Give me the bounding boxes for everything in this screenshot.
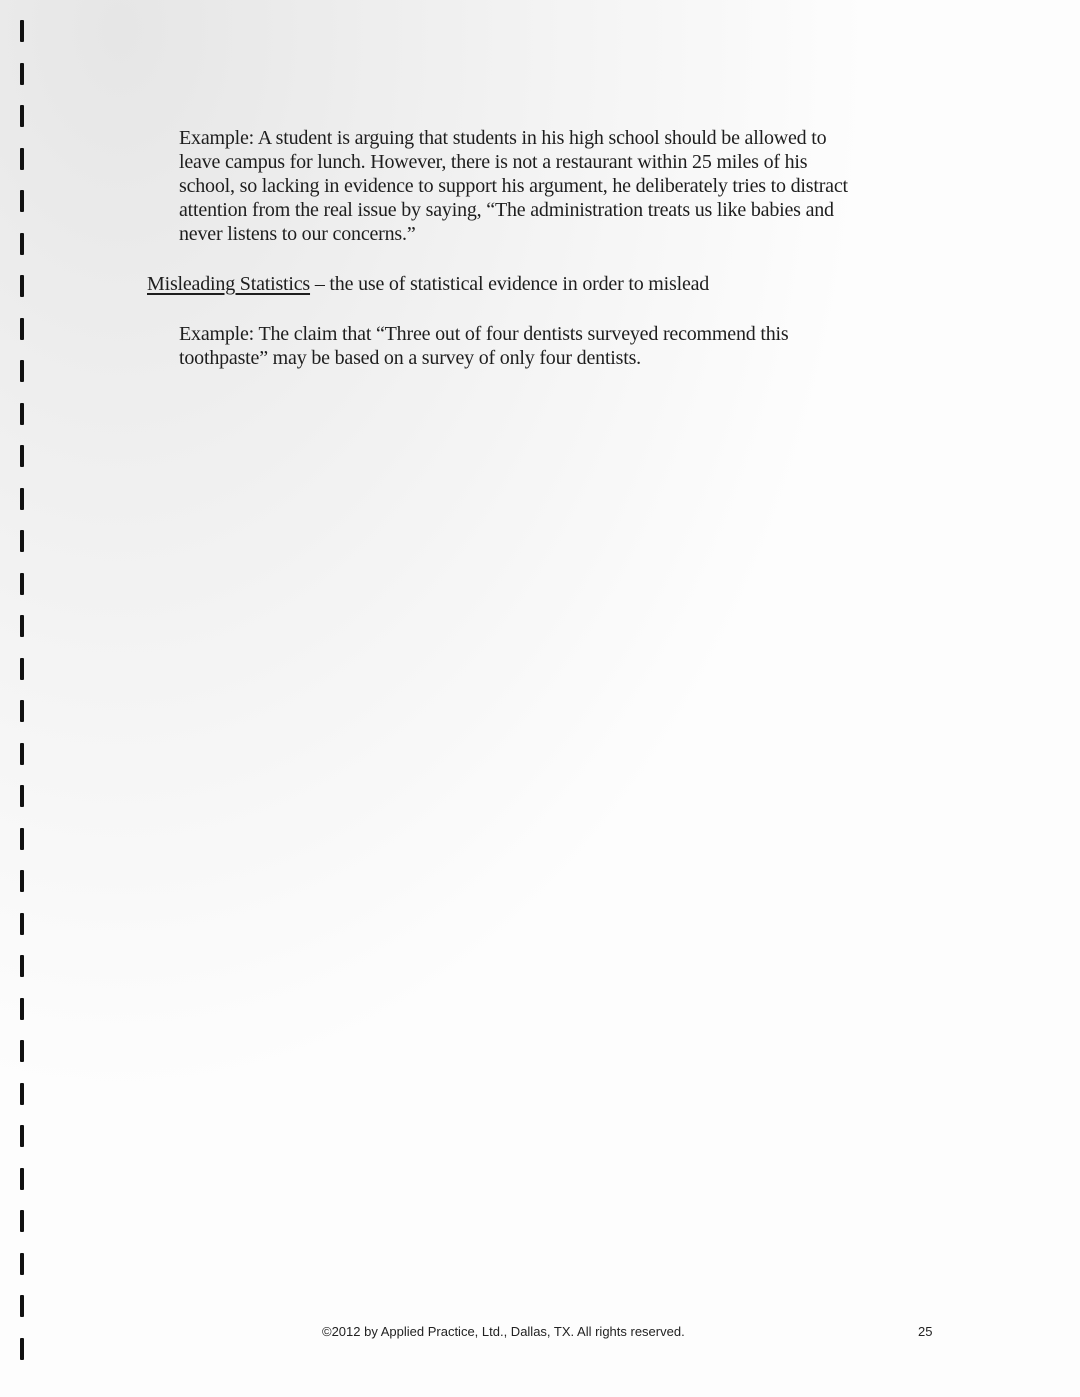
example-line: leave campus for lunch. However, there i…: [179, 150, 909, 174]
example-line: toothpaste” may be based on a survey of …: [179, 346, 909, 370]
definition-term: Misleading Statistics: [147, 273, 310, 295]
binding-mark: [20, 870, 24, 892]
binding-mark: [20, 190, 24, 212]
binding-mark: [20, 785, 24, 807]
binding-mark: [20, 403, 24, 425]
page-number: 25: [918, 1324, 932, 1339]
binding-mark: [20, 828, 24, 850]
binding-mark: [20, 1295, 24, 1317]
binding-mark: [20, 360, 24, 382]
binding-mark: [20, 998, 24, 1020]
binding-mark: [20, 275, 24, 297]
binding-mark: [20, 955, 24, 977]
binding-mark: [20, 105, 24, 127]
example-line: Example: A student is arguing that stude…: [179, 126, 909, 150]
binding-mark: [20, 1210, 24, 1232]
binding-mark: [20, 20, 24, 42]
footer-copyright: ©2012 by Applied Practice, Ltd., Dallas,…: [322, 1324, 685, 1339]
binding-mark: [20, 318, 24, 340]
binding-mark: [20, 1338, 24, 1360]
example-line: never listens to our concerns.”: [179, 222, 909, 246]
binding-mark: [20, 743, 24, 765]
binding-mark: [20, 1125, 24, 1147]
definition-text: – the use of statistical evidence in ord…: [310, 273, 709, 295]
binding-mark: [20, 445, 24, 467]
binding-mark: [20, 700, 24, 722]
binding-hole-marks: [18, 0, 28, 1397]
binding-mark: [20, 1040, 24, 1062]
binding-mark: [20, 658, 24, 680]
example-red-herring: Example: A student is arguing that stude…: [179, 126, 909, 246]
example-line: Example: The claim that “Three out of fo…: [179, 322, 909, 346]
binding-mark: [20, 1083, 24, 1105]
binding-mark: [20, 913, 24, 935]
binding-mark: [20, 615, 24, 637]
example-misleading-statistics: Example: The claim that “Three out of fo…: [179, 322, 909, 370]
binding-mark: [20, 488, 24, 510]
binding-mark: [20, 63, 24, 85]
example-line: attention from the real issue by saying,…: [179, 198, 909, 222]
binding-mark: [20, 233, 24, 255]
binding-mark: [20, 148, 24, 170]
binding-mark: [20, 1168, 24, 1190]
binding-mark: [20, 530, 24, 552]
binding-mark: [20, 573, 24, 595]
binding-mark: [20, 1253, 24, 1275]
definition-misleading-statistics: Misleading Statistics – the use of stati…: [147, 272, 709, 296]
example-line: school, so lacking in evidence to suppor…: [179, 174, 909, 198]
